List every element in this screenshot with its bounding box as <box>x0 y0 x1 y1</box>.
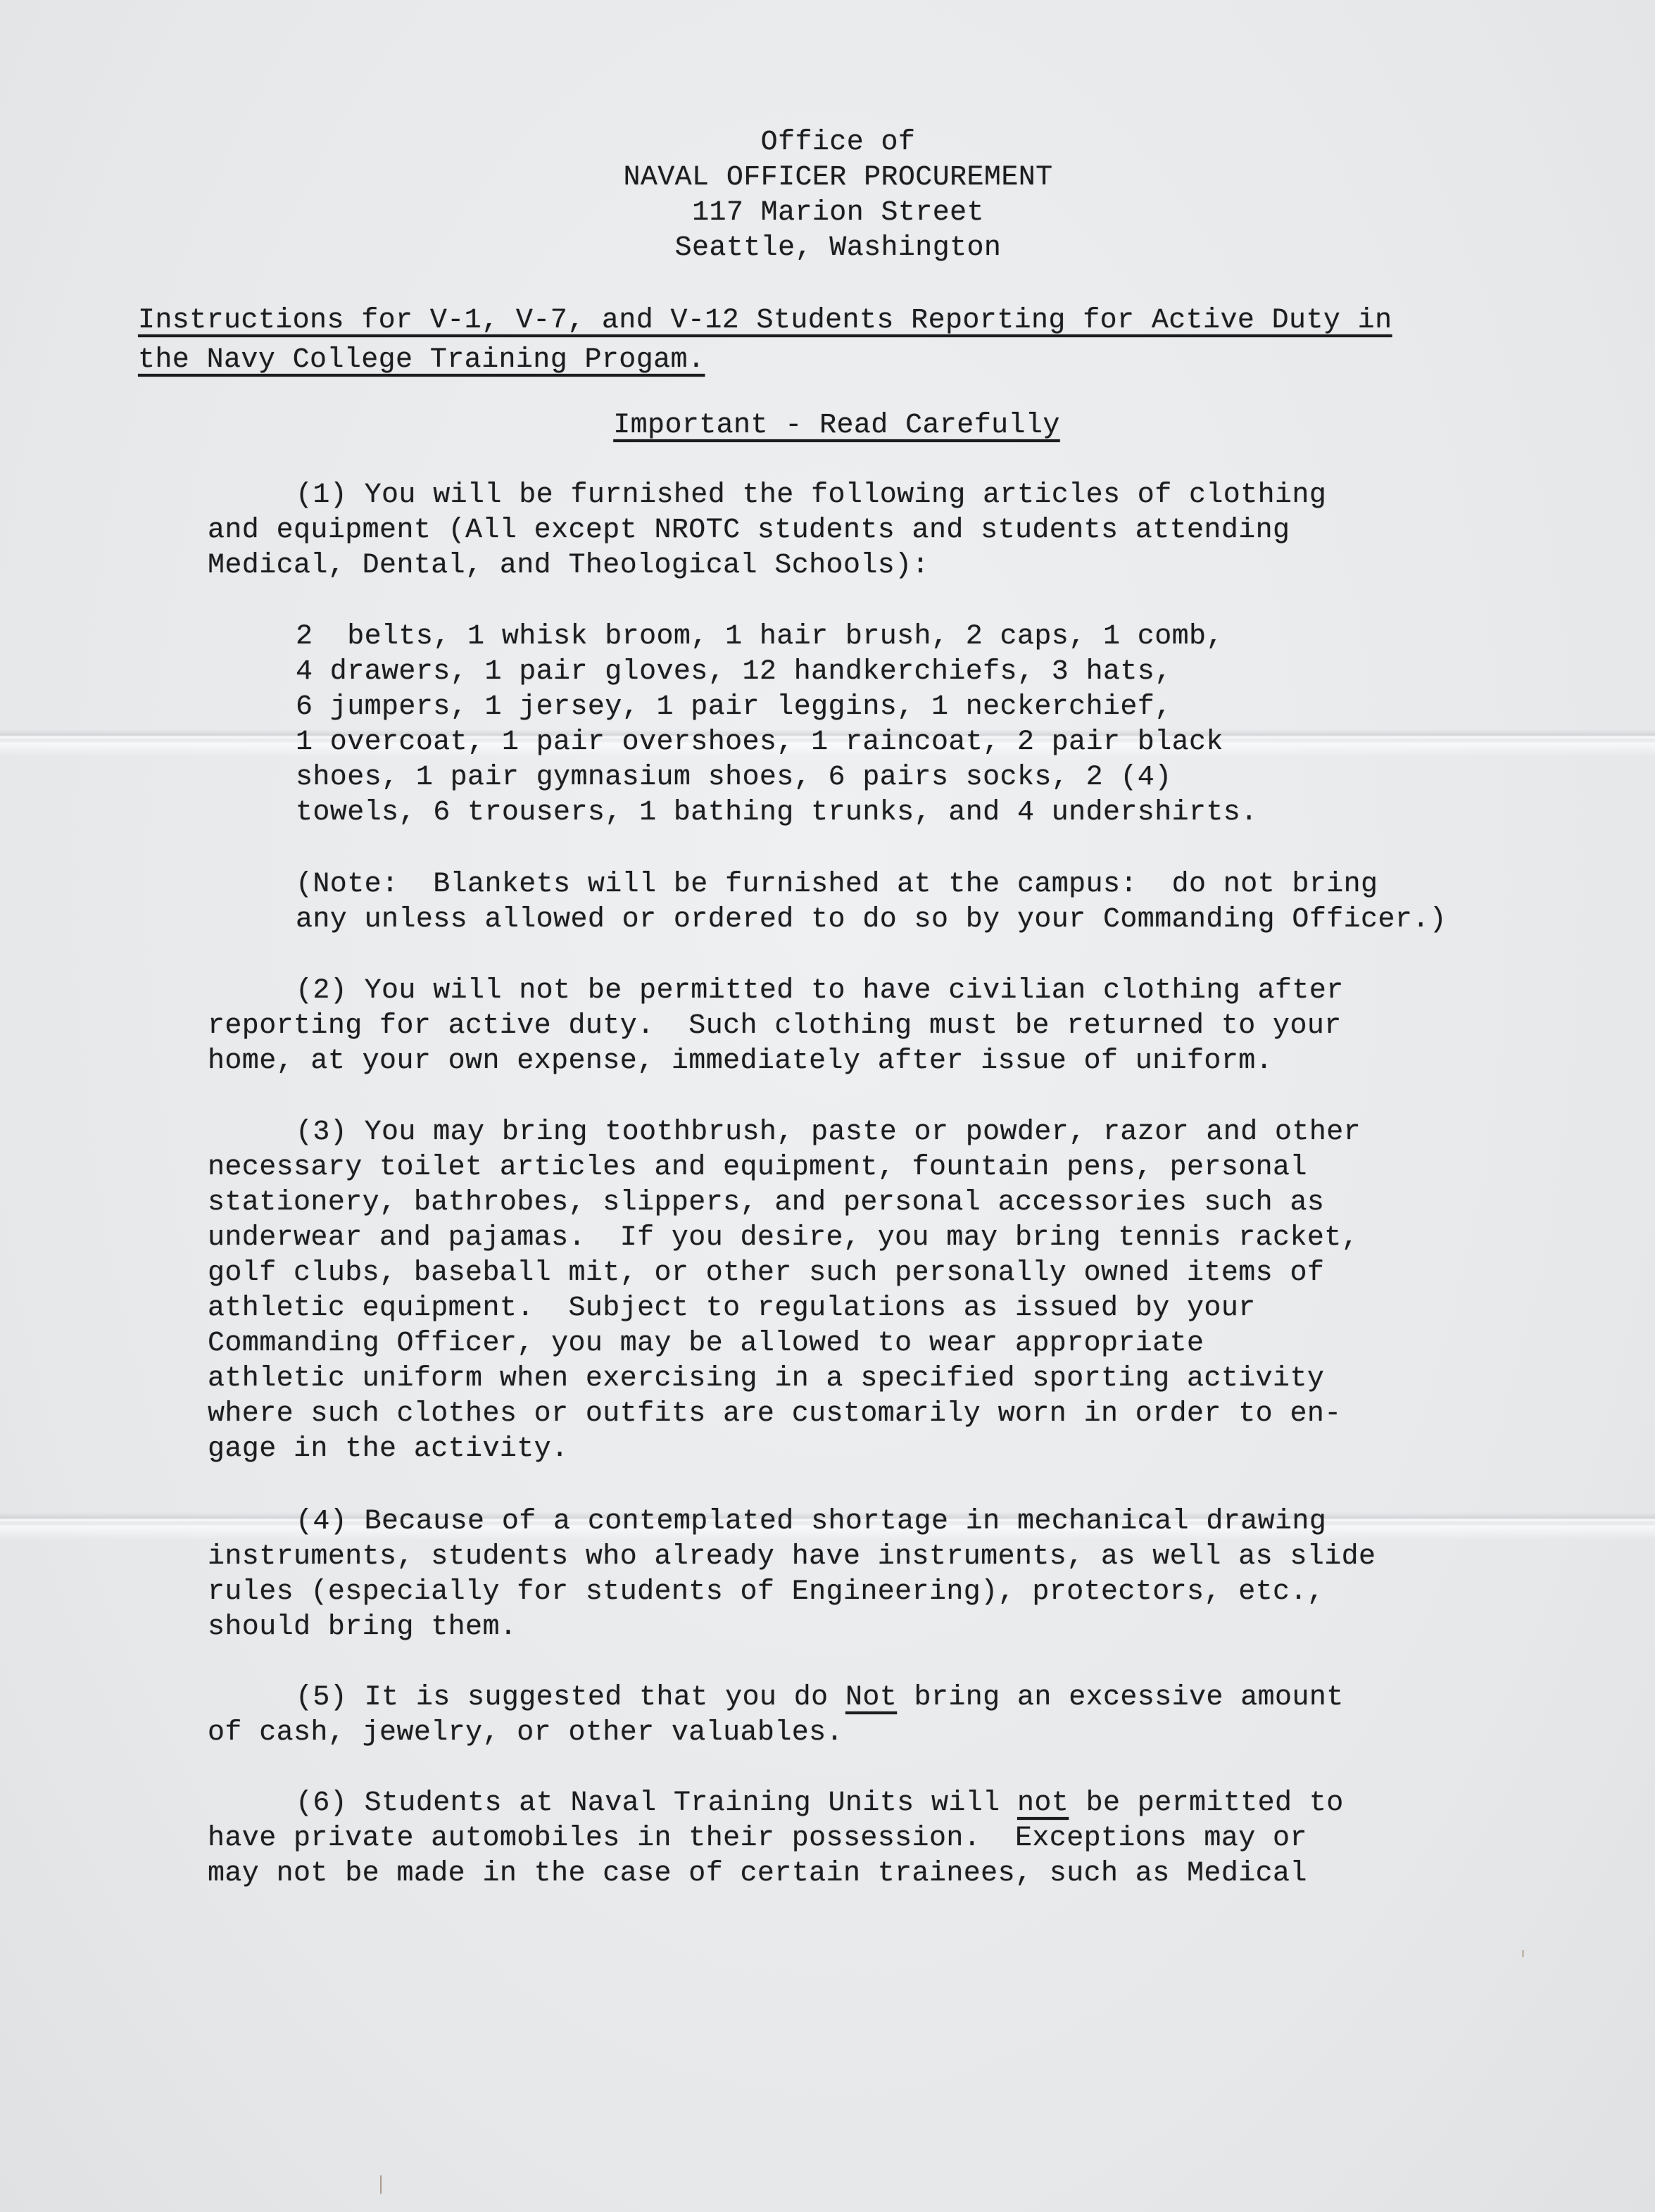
paragraph-1-line: and equipment (All except NROTC students… <box>208 513 1326 548</box>
paper-speck <box>380 2175 382 2194</box>
letterhead-organization: NAVAL OFFICER PROCUREMENT <box>0 161 1655 196</box>
emphasis-not: not <box>1017 1787 1069 1819</box>
paragraph-1-line: Medical, Dental, and Theological Schools… <box>208 548 1326 584</box>
clothing-list: 2 belts, 1 whisk broom, 1 hair brush, 2 … <box>296 620 1258 831</box>
paragraph-1-line: (1) You will be furnished the following … <box>208 478 1326 513</box>
paragraph-3-line: where such clothes or outfits are custom… <box>208 1397 1361 1432</box>
clothing-list-line: 1 overcoat, 1 pair overshoes, 1 raincoat… <box>296 725 1258 760</box>
letterhead-city: Seattle, Washington <box>0 231 1655 266</box>
paragraph-6-line: (6) Students at Naval Training Units wil… <box>208 1786 1344 1821</box>
paper-speck <box>1522 1950 1524 1957</box>
paragraph-2-line: (2) You will not be permitted to have ci… <box>208 974 1344 1009</box>
paragraph-4-line: rules (especially for students of Engine… <box>208 1575 1376 1610</box>
paragraph-3-line: stationery, bathrobes, slippers, and per… <box>208 1186 1361 1221</box>
paragraph-5: (5) It is suggested that you do Not brin… <box>208 1680 1344 1751</box>
paragraph-3-line: athletic equipment. Subject to regulatio… <box>208 1291 1361 1326</box>
paragraph-4: (4) Because of a contemplated shortage i… <box>208 1504 1376 1645</box>
emphasis-not: Not <box>845 1682 897 1714</box>
paragraph-3-line: underwear and pajamas. If you desire, yo… <box>208 1221 1361 1256</box>
subject-heading: Instructions for V-1, V-7, and V-12 Stud… <box>138 301 1392 380</box>
paragraph-6: (6) Students at Naval Training Units wil… <box>208 1786 1344 1892</box>
paragraph-5-line: of cash, jewelry, or other valuables. <box>208 1716 1344 1751</box>
note-line: (Note: Blankets will be furnished at the… <box>296 867 1447 903</box>
paragraph-5-text: bring an excessive amount <box>897 1682 1344 1714</box>
paragraph-1: (1) You will be furnished the following … <box>208 478 1326 584</box>
letterhead: Office of NAVAL OFFICER PROCUREMENT 117 … <box>0 125 1655 266</box>
paragraph-5-text: (5) It is suggested that you do <box>296 1682 845 1714</box>
paragraph-3-line: athletic uniform when exercising in a sp… <box>208 1362 1361 1397</box>
paragraph-3: (3) You may bring toothbrush, paste or p… <box>208 1115 1361 1467</box>
blanket-note: (Note: Blankets will be furnished at the… <box>296 867 1447 938</box>
paragraph-4-line: instruments, students who already have i… <box>208 1540 1376 1575</box>
paragraph-4-line: should bring them. <box>208 1610 1376 1645</box>
paragraph-6-text: be permitted to <box>1069 1787 1343 1819</box>
clothing-list-line: 2 belts, 1 whisk broom, 1 hair brush, 2 … <box>296 620 1258 655</box>
paragraph-6-text: (6) Students at Naval Training Units wil… <box>296 1787 1017 1819</box>
paragraph-2: (2) You will not be permitted to have ci… <box>208 974 1344 1079</box>
clothing-list-line: 4 drawers, 1 pair gloves, 12 handkerchie… <box>296 655 1258 690</box>
paragraph-6-line: have private automobiles in their posses… <box>208 1821 1344 1856</box>
paragraph-3-line: golf clubs, baseball mit, or other such … <box>208 1256 1361 1291</box>
paragraph-3-line: Commanding Officer, you may be allowed t… <box>208 1326 1361 1362</box>
document-page: Office of NAVAL OFFICER PROCUREMENT 117 … <box>0 0 1655 2212</box>
paragraph-4-line: (4) Because of a contemplated shortage i… <box>208 1504 1376 1540</box>
note-line: any unless allowed or ordered to do so b… <box>296 903 1447 938</box>
clothing-list-line: shoes, 1 pair gymnasium shoes, 6 pairs s… <box>296 760 1258 796</box>
clothing-list-line: 6 jumpers, 1 jersey, 1 pair leggins, 1 n… <box>296 690 1258 725</box>
paragraph-2-line: home, at your own expense, immediately a… <box>208 1044 1344 1079</box>
paragraph-3-line: gage in the activity. <box>208 1432 1361 1467</box>
paragraph-2-line: reporting for active duty. Such clothing… <box>208 1009 1344 1044</box>
letterhead-street: 117 Marion Street <box>0 196 1655 231</box>
important-heading-text: Important - Read Carefully <box>595 408 1060 444</box>
paragraph-5-line: (5) It is suggested that you do Not brin… <box>208 1680 1344 1716</box>
paragraph-6-line: may not be made in the case of certain t… <box>208 1856 1344 1892</box>
clothing-list-line: towels, 6 trousers, 1 bathing trunks, an… <box>296 796 1258 831</box>
subject-line-2: the Navy College Training Progam. <box>138 341 1392 380</box>
paragraph-3-line: (3) You may bring toothbrush, paste or p… <box>208 1115 1361 1150</box>
subject-line-1: Instructions for V-1, V-7, and V-12 Stud… <box>138 301 1392 341</box>
important-heading: Important - Read Carefully <box>0 408 1655 444</box>
letterhead-office-of: Office of <box>0 125 1655 161</box>
paragraph-3-line: necessary toilet articles and equipment,… <box>208 1150 1361 1186</box>
